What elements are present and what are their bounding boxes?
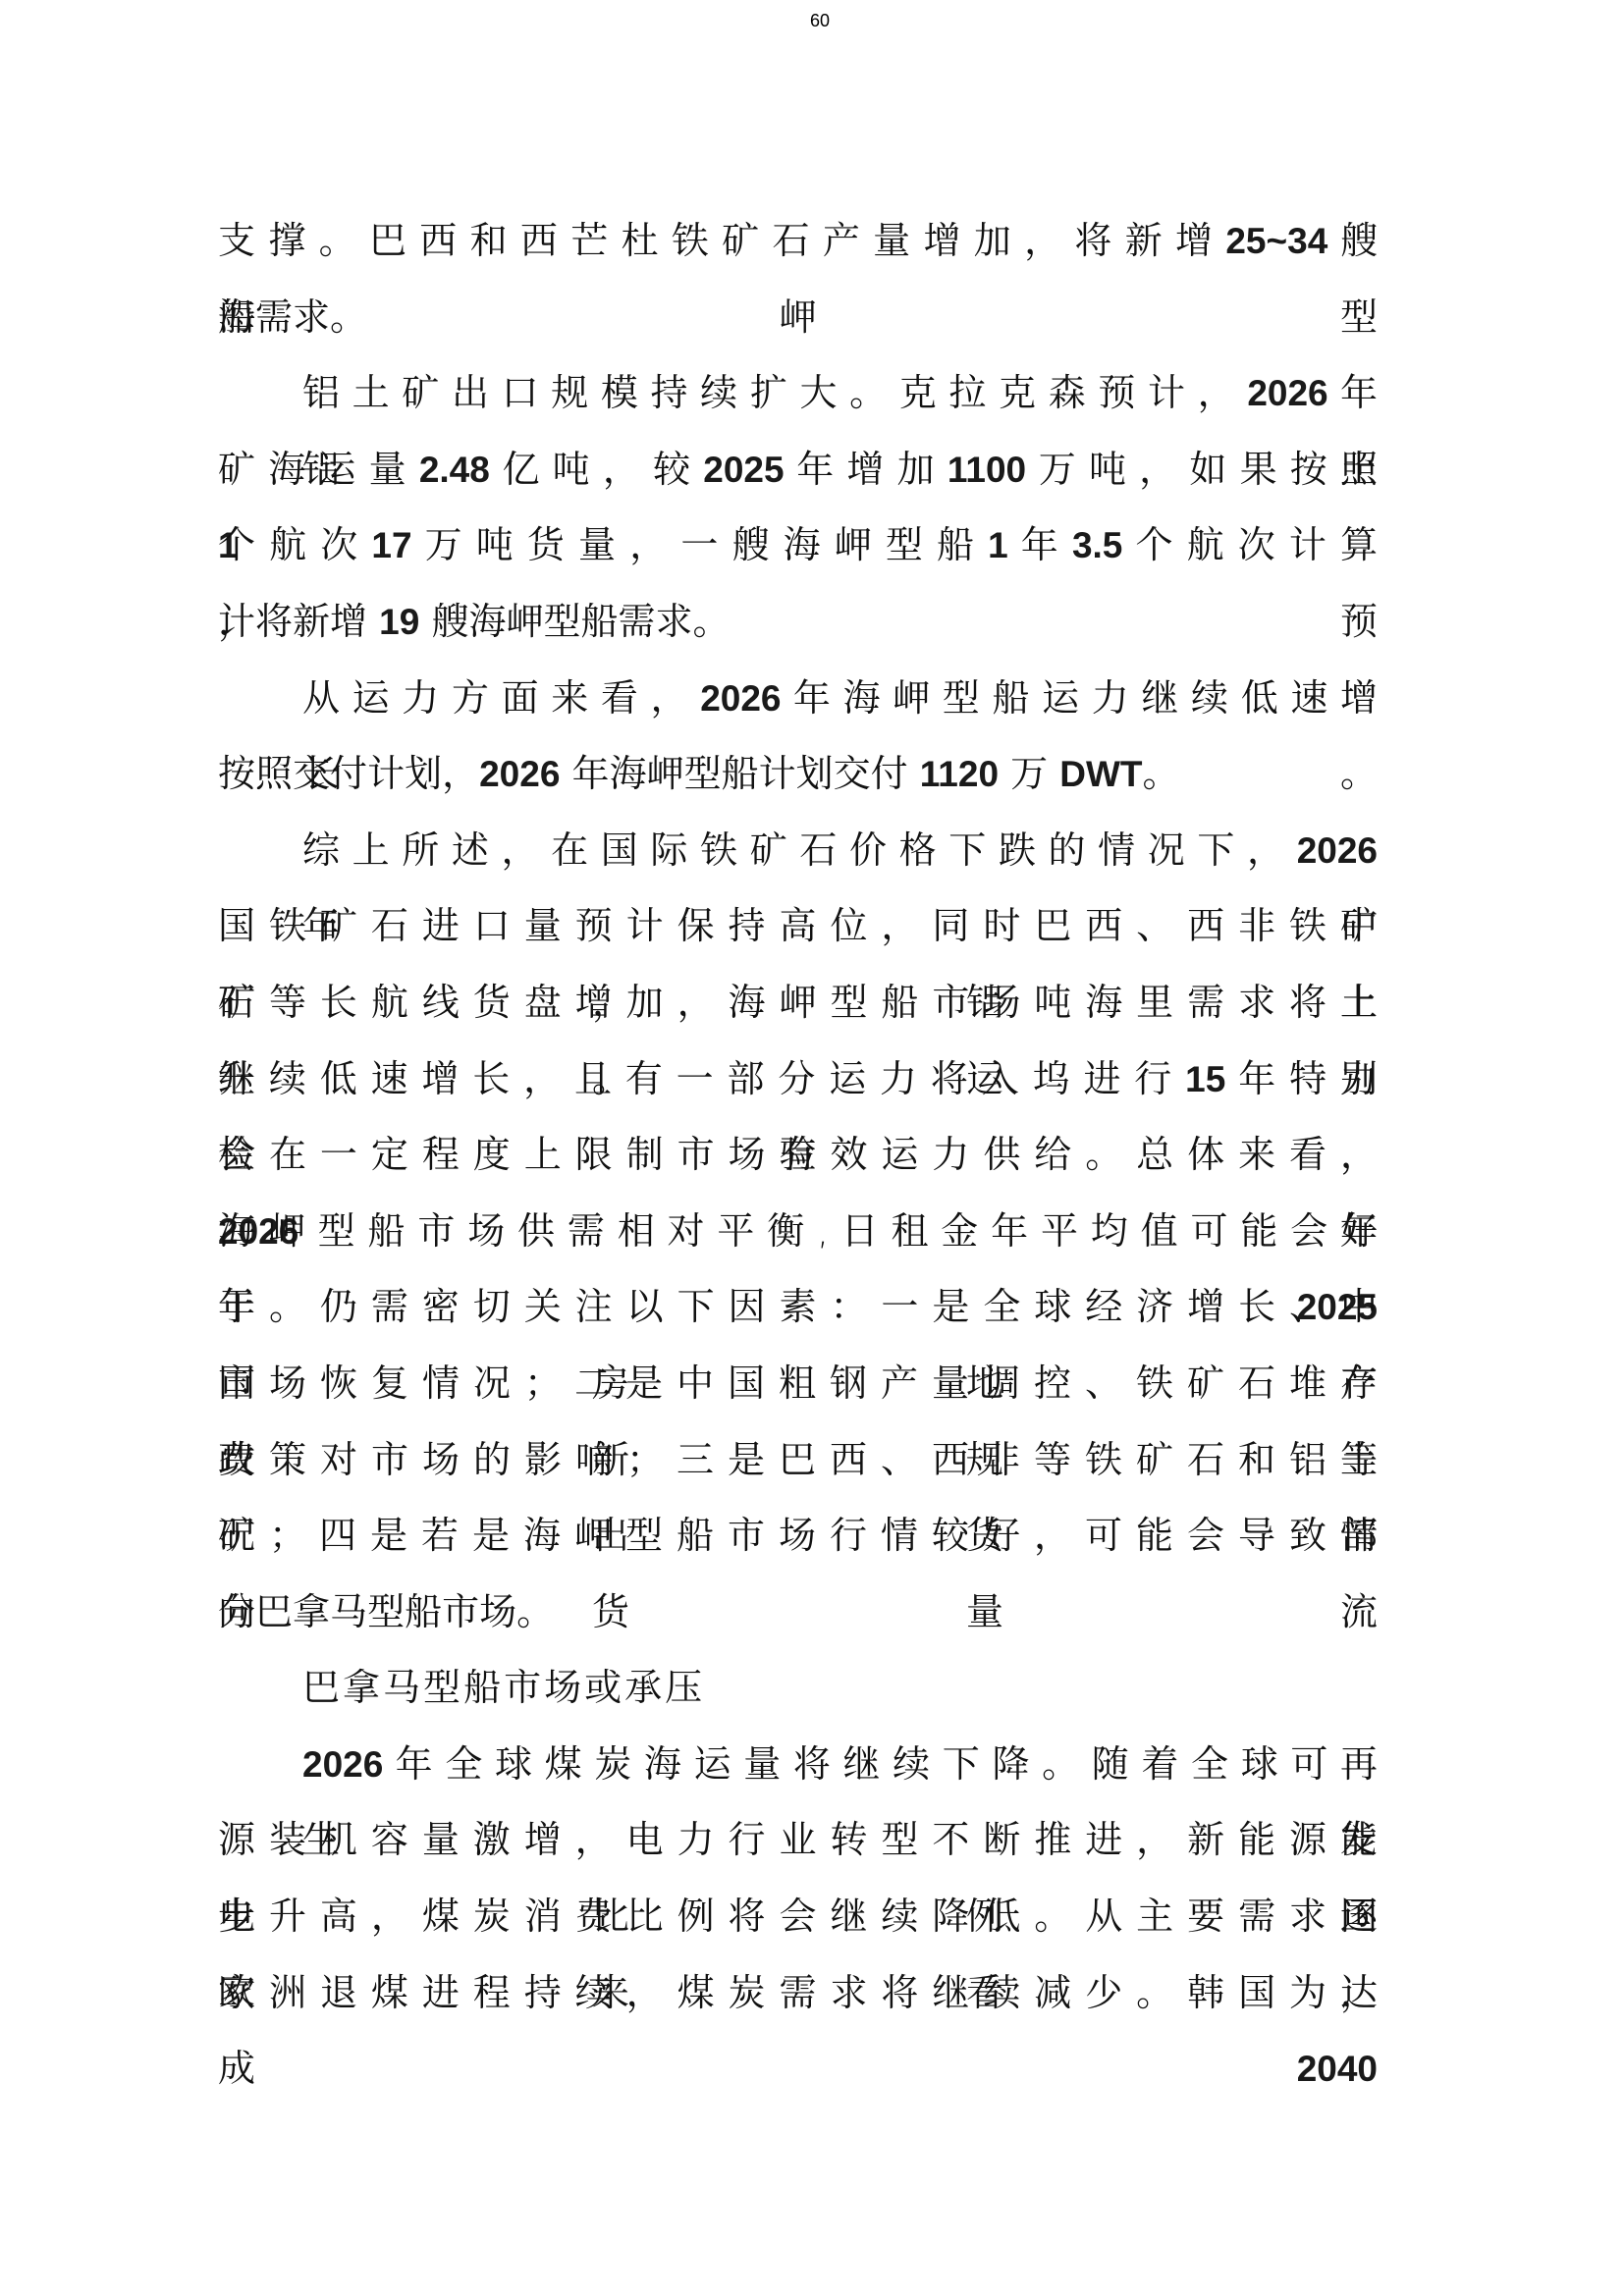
latin-run: 2.48	[419, 450, 490, 490]
latin-run: 25~34	[1225, 221, 1327, 261]
latin-run: DWT	[1059, 754, 1142, 794]
latin-run: 19	[379, 602, 419, 642]
latin-run: 1120	[920, 754, 999, 794]
latin-run: 2040	[1297, 2049, 1378, 2089]
latin-run: 2025	[703, 450, 784, 490]
text-line: 海 岬 型 船 市 场 供 需 相 对 平 衡 , 日 租 金 年 平 均 值 …	[218, 1194, 1378, 1270]
latin-run: 3.5	[1072, 525, 1122, 565]
text-line: 年 。 仍 需 密 切 关 注 以 下 因 素 ： 一 是 全 球 经 济 增 …	[218, 1269, 1378, 1346]
section-heading: 巴拿马型船市场或承压	[218, 1650, 1378, 1727]
page-number: 60	[0, 9, 1624, 32]
text-line: 继 续 低 速 增 长 ， 且 有 一 部 分 运 力 将 入 坞 进 行 15…	[218, 1041, 1378, 1118]
text-line: 源 装 机 容 量 激 增 ， 电 力 行 业 转 型 不 断 推 进 ， 新 …	[218, 1802, 1378, 1879]
text-line: 市 场 恢 复 情 况 ； 二 是 中 国 粗 钢 产 量 调 控 、 铁 矿 …	[218, 1346, 1378, 1422]
document-body: 支 撑 。 巴 西 和 西 芒 杜 铁 矿 石 产 量 增 加 ， 将 新 增 …	[218, 203, 1378, 2031]
text-line: 支 撑 。 巴 西 和 西 芒 杜 铁 矿 石 产 量 增 加 ， 将 新 增 …	[218, 203, 1378, 280]
latin-run: 1100	[947, 450, 1026, 490]
text-line: 综 上 所 述 ， 在 国 际 铁 矿 石 价 格 下 跌 的 情 况 下 ， …	[218, 813, 1378, 889]
text-line: 从 运 力 方 面 来 看 ， 2026 年 海 岬 型 船 运 力 继 续 低…	[218, 661, 1378, 737]
latin-run: 2026	[1247, 373, 1327, 413]
text-line: 会 在 一 定 程 度 上 限 制 市 场 有 效 运 力 供 给 。 总 体 …	[218, 1117, 1378, 1194]
latin-run: 1	[988, 525, 1008, 565]
text-line: 欧 洲 退 煤 进 程 持 续 ， 煤 炭 需 求 将 继 续 减 少 。 韩 …	[218, 1955, 1378, 2032]
text-line: 2026 年 全 球 煤 炭 海 运 量 将 继 续 下 降 。 随 着 全 球…	[218, 1727, 1378, 1803]
latin-run: 2026	[1297, 830, 1378, 871]
text-line: 国 铁 矿 石 进 口 量 预 计 保 持 高 位 ， 同 时 巴 西 、 西 …	[218, 888, 1378, 965]
latin-run: 15	[1185, 1059, 1225, 1099]
latin-run: 17	[371, 525, 411, 565]
text-line: 个 航 次 17 万 吨 货 量 ， 一 艘 海 岬 型 船 1 年 3.5 个…	[218, 507, 1378, 584]
text-line: 矿 等 长 航 线 货 盘 增 加 ， 海 岬 型 船 市 场 吨 海 里 需 …	[218, 965, 1378, 1041]
text-line: 矿 海 运 量 2.48 亿 吨 ， 较 2025 年 增 加 1100 万 吨…	[218, 432, 1378, 508]
text-line: 铝 土 矿 出 口 规 模 持 续 扩 大 。 克 拉 克 森 预 计 ， 20…	[218, 355, 1378, 432]
latin-run: 2026	[302, 1744, 383, 1785]
text-line: 况 ； 四 是 若 是 海 岬 型 船 市 场 行 情 较 好 ， 可 能 会 …	[218, 1498, 1378, 1575]
text-line: 步 升 高 ， 煤 炭 消 费 比 例 将 会 继 续 降 低 。 从 主 要 …	[218, 1879, 1378, 1955]
latin-run: 2026	[479, 754, 560, 794]
latin-run: 2026	[700, 678, 781, 719]
text-line: 政 策 对 市 场 的 影 响 ； 三 是 巴 西 、 西 非 等 铁 矿 石 …	[218, 1422, 1378, 1499]
